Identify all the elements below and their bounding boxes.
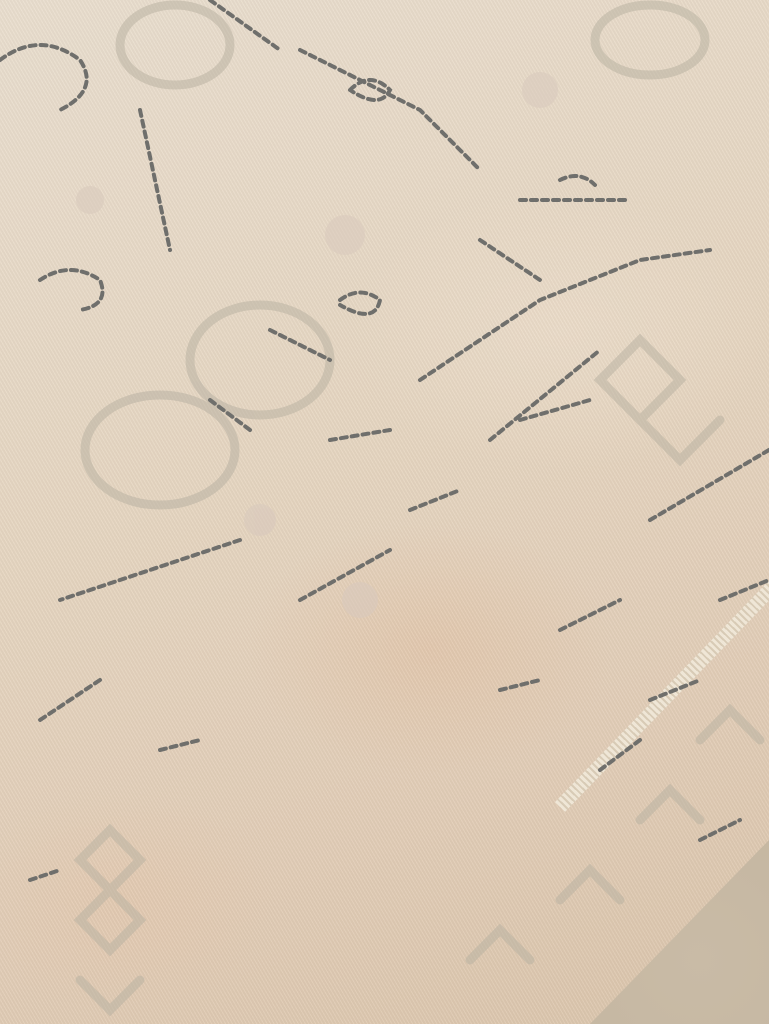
rug-motif-pattern	[0, 0, 769, 1024]
rug-photo: Close-up photograph of a faded vintage r…	[0, 0, 769, 1024]
